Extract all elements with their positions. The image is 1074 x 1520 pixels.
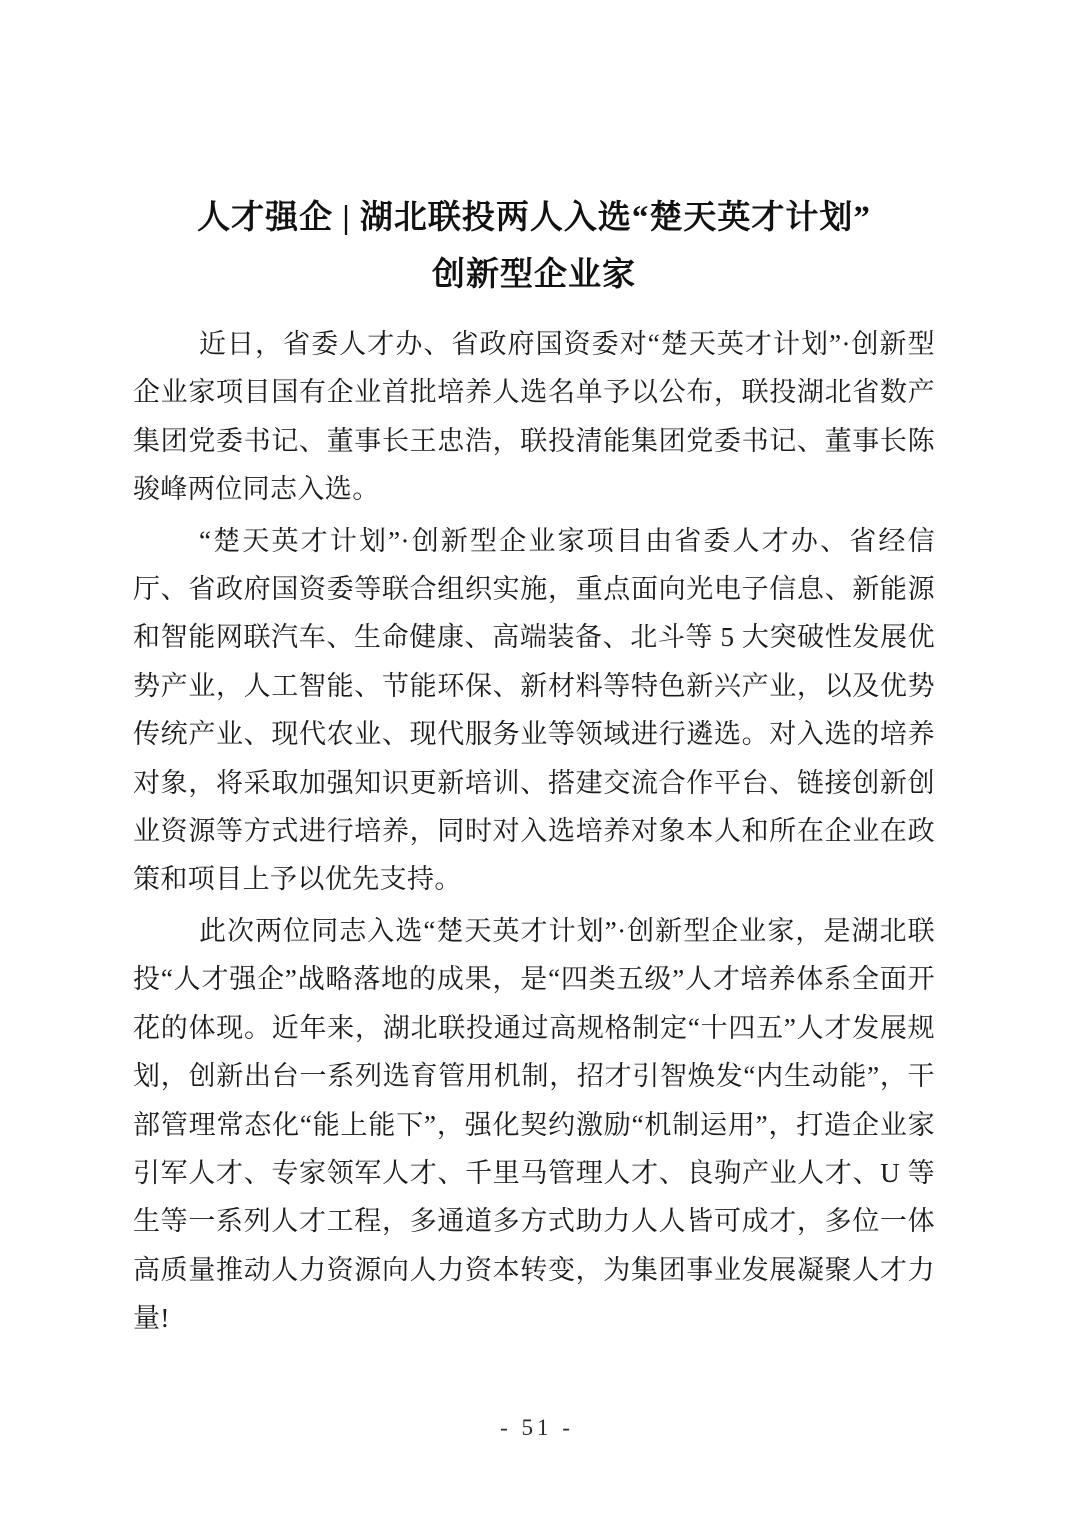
document-title-line1: 人才强企 | 湖北联投两人入选“楚天英才计划”: [133, 190, 935, 247]
paragraph: “楚天英才计划”·创新型企业家项目由省委人才办、省经信厅、省政府国资委等联合组织…: [133, 517, 935, 904]
document-body: 近日，省委人才办、省政府国资委对“楚天英才计划”·创新型企业家项目国有企业首批培…: [133, 320, 935, 1346]
document-page: 人才强企 | 湖北联投两人入选“楚天英才计划” 创新型企业家 近日，省委人才办、…: [0, 0, 1074, 1520]
paragraph: 此次两位同志入选“楚天英才计划”·创新型企业家，是湖北联投“人才强企”战略落地的…: [133, 907, 935, 1343]
document-title: 人才强企 | 湖北联投两人入选“楚天英才计划” 创新型企业家: [133, 190, 935, 304]
paragraph: 近日，省委人才办、省政府国资委对“楚天英才计划”·创新型企业家项目国有企业首批培…: [133, 320, 935, 514]
page-number: - 51 -: [0, 1412, 1074, 1444]
document-title-line2: 创新型企业家: [133, 247, 935, 304]
